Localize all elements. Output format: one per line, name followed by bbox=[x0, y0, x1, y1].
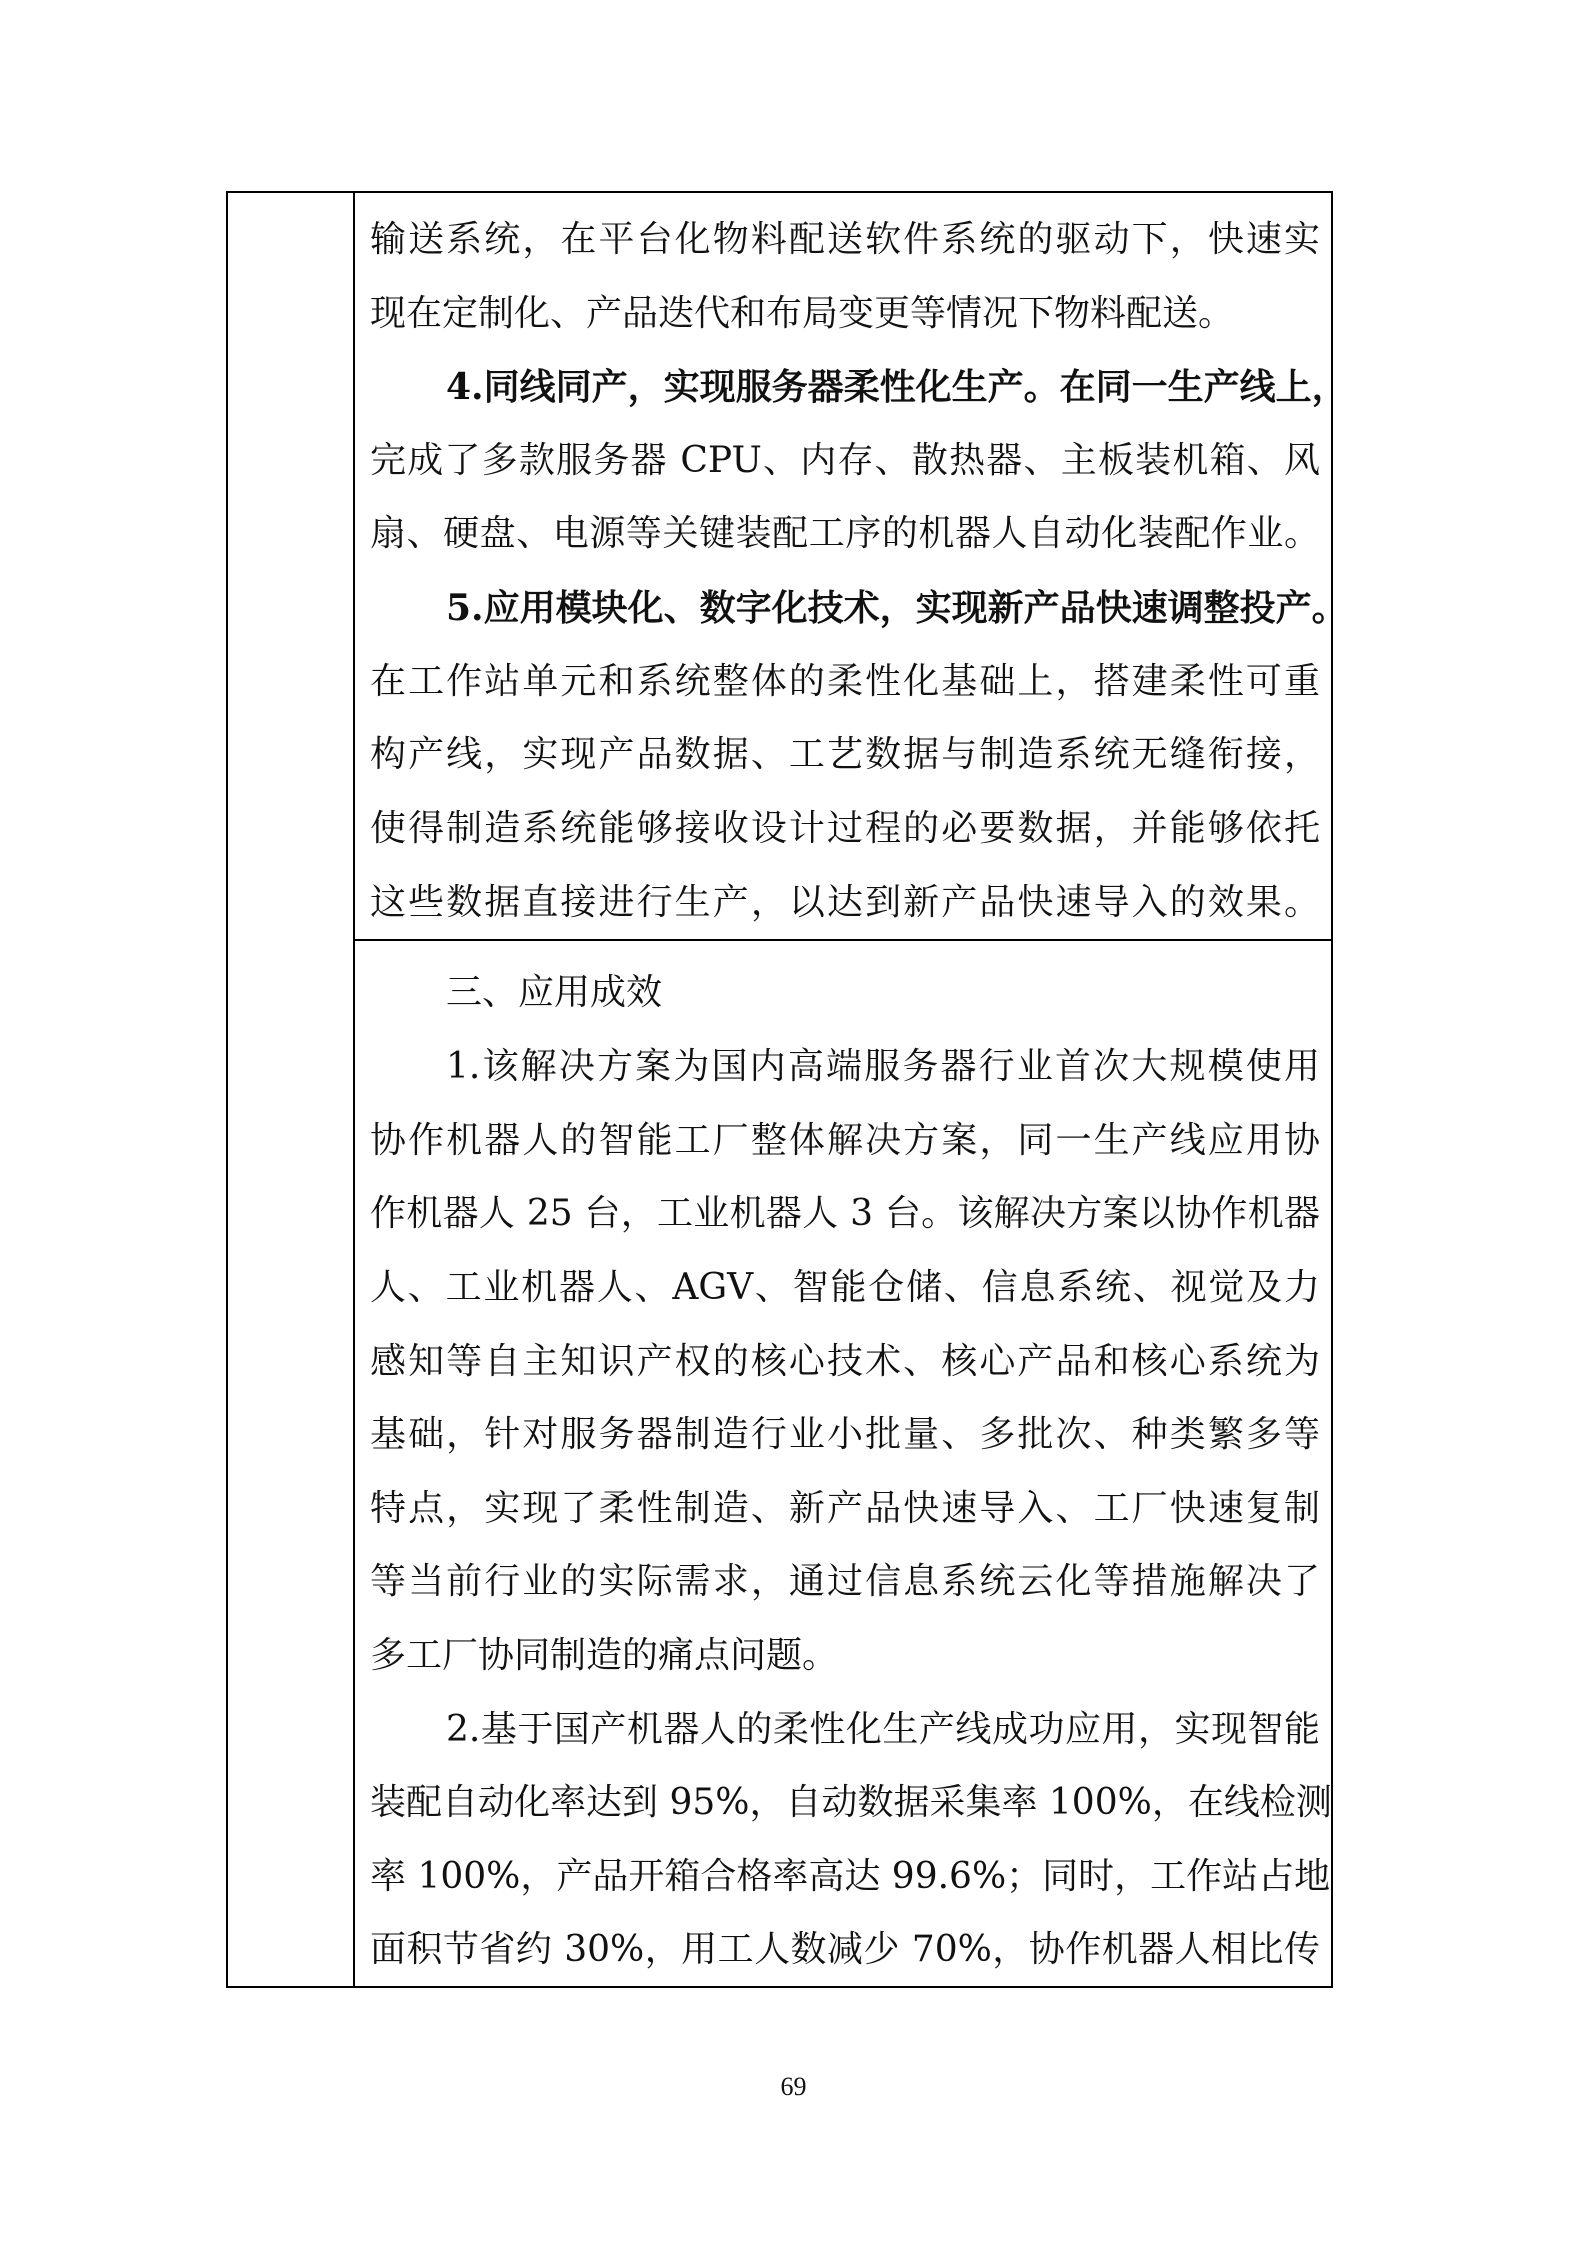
section-title: 三、应用成效 bbox=[446, 956, 1320, 1030]
paragraph-line: 扇、硬盘、电源等关键装配工序的机器人自动化装配作业。 bbox=[370, 497, 1320, 571]
table-left-border bbox=[226, 191, 228, 1988]
item-heading-5: 5.应用模块化、数字化技术，实现新产品快速调整投产。 bbox=[446, 571, 1320, 645]
paragraph-line: 2.基于国产机器人的柔性化生产线成功应用，实现智能 bbox=[446, 1693, 1320, 1767]
paragraph-line: 率 100%，产品开箱合格率高达 99.6%；同时，工作站占地 bbox=[370, 1840, 1320, 1914]
paragraph-line: 基础，针对服务器制造行业小批量、多批次、种类繁多等 bbox=[370, 1398, 1320, 1472]
paragraph-line: 多工厂协同制造的痛点问题。 bbox=[370, 1619, 1320, 1693]
paragraph-line: 等当前行业的实际需求，通过信息系统云化等措施解决了 bbox=[370, 1545, 1320, 1619]
paragraph-line: 特点，实现了柔性制造、新产品快速导入、工厂快速复制 bbox=[370, 1472, 1320, 1546]
paragraph-line: 协作机器人的智能工厂整体解决方案，同一生产线应用协 bbox=[370, 1104, 1320, 1178]
paragraph-line: 作机器人 25 台，工业机器人 3 台。该解决方案以协作机器 bbox=[370, 1177, 1320, 1251]
table-right-border bbox=[1331, 191, 1333, 1988]
document-page: 输送系统，在平台化物料配送软件系统的驱动下，快速实 现在定制化、产品迭代和布局变… bbox=[0, 0, 1587, 2245]
item-heading-4: 4.同线同产，实现服务器柔性化生产。在同一生产线上， bbox=[446, 350, 1320, 424]
paragraph-line: 这些数据直接进行生产，以达到新产品快速导入的效果。 bbox=[370, 866, 1320, 940]
table-column-divider bbox=[353, 191, 355, 1988]
page-number: 69 bbox=[0, 2072, 1587, 2102]
paragraph-line: 完成了多款服务器 CPU、内存、散热器、主板装机箱、风 bbox=[370, 424, 1320, 498]
paragraph-line: 使得制造系统能够接收设计过程的必要数据，并能够依托 bbox=[370, 792, 1320, 866]
paragraph-line: 现在定制化、产品迭代和布局变更等情况下物料配送。 bbox=[370, 277, 1320, 351]
table-top-border bbox=[226, 191, 1333, 193]
paragraph-line: 1.该解决方案为国内高端服务器行业首次大规模使用 bbox=[446, 1030, 1320, 1104]
paragraph-line: 在工作站单元和系统整体的柔性化基础上，搭建柔性可重 bbox=[370, 645, 1320, 719]
paragraph-line: 感知等自主知识产权的核心技术、核心产品和核心系统为 bbox=[370, 1325, 1320, 1399]
paragraph-line: 人、工业机器人、AGV、智能仓储、信息系统、视觉及力 bbox=[370, 1251, 1320, 1325]
paragraph-line: 构产线，实现产品数据、工艺数据与制造系统无缝衔接， bbox=[370, 718, 1320, 792]
paragraph-line: 输送系统，在平台化物料配送软件系统的驱动下，快速实 bbox=[370, 203, 1320, 277]
paragraph-line: 面积节省约 30%，用工人数减少 70%，协作机器人相比传 bbox=[370, 1913, 1320, 1987]
paragraph-line: 装配自动化率达到 95%，自动数据采集率 100%，在线检测 bbox=[370, 1766, 1320, 1840]
